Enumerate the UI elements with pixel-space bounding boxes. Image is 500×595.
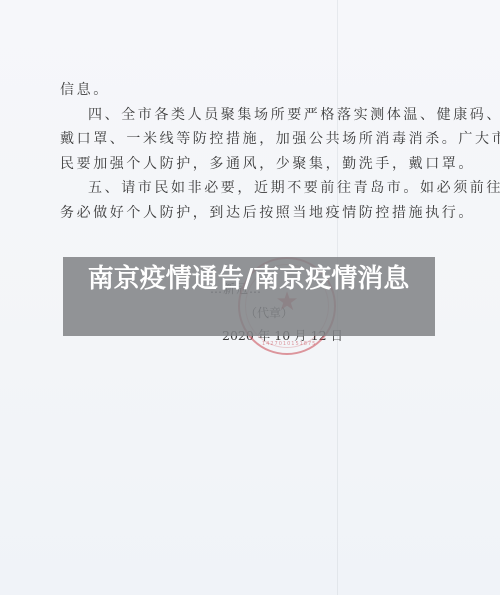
title-overlay: 南京疫情通告/南京疫情消息 [63,257,435,336]
document-page: 信息。 四、全市各类人员聚集场所要严格落实测体温、健康码、 戴口罩、一米线等防控… [0,0,500,595]
document-body: 信息。 四、全市各类人员聚集场所要严格落实测体温、健康码、 戴口罩、一米线等防控… [60,78,440,225]
doc-line-item-five: 五、请市民如非必要，近期不要前往青岛市。如必须前往， [60,176,440,201]
seal-code: 1427010151875 [262,341,316,347]
doc-line: 信息。 [60,78,440,103]
doc-line-item-four: 四、全市各类人员聚集场所要严格落实测体温、健康码、 [60,103,440,128]
doc-line: 戴口罩、一米线等防控措施，加强公共场所消毒消杀。广大市 [60,127,440,152]
doc-line: 务必做好个人防护，到达后按照当地疫情防控措施执行。 [60,201,440,226]
doc-line: 民要加强个人防护，多通风，少聚集，勤洗手，戴口罩。 [60,152,440,177]
overlay-title: 南京疫情通告/南京疫情消息 [76,263,421,296]
